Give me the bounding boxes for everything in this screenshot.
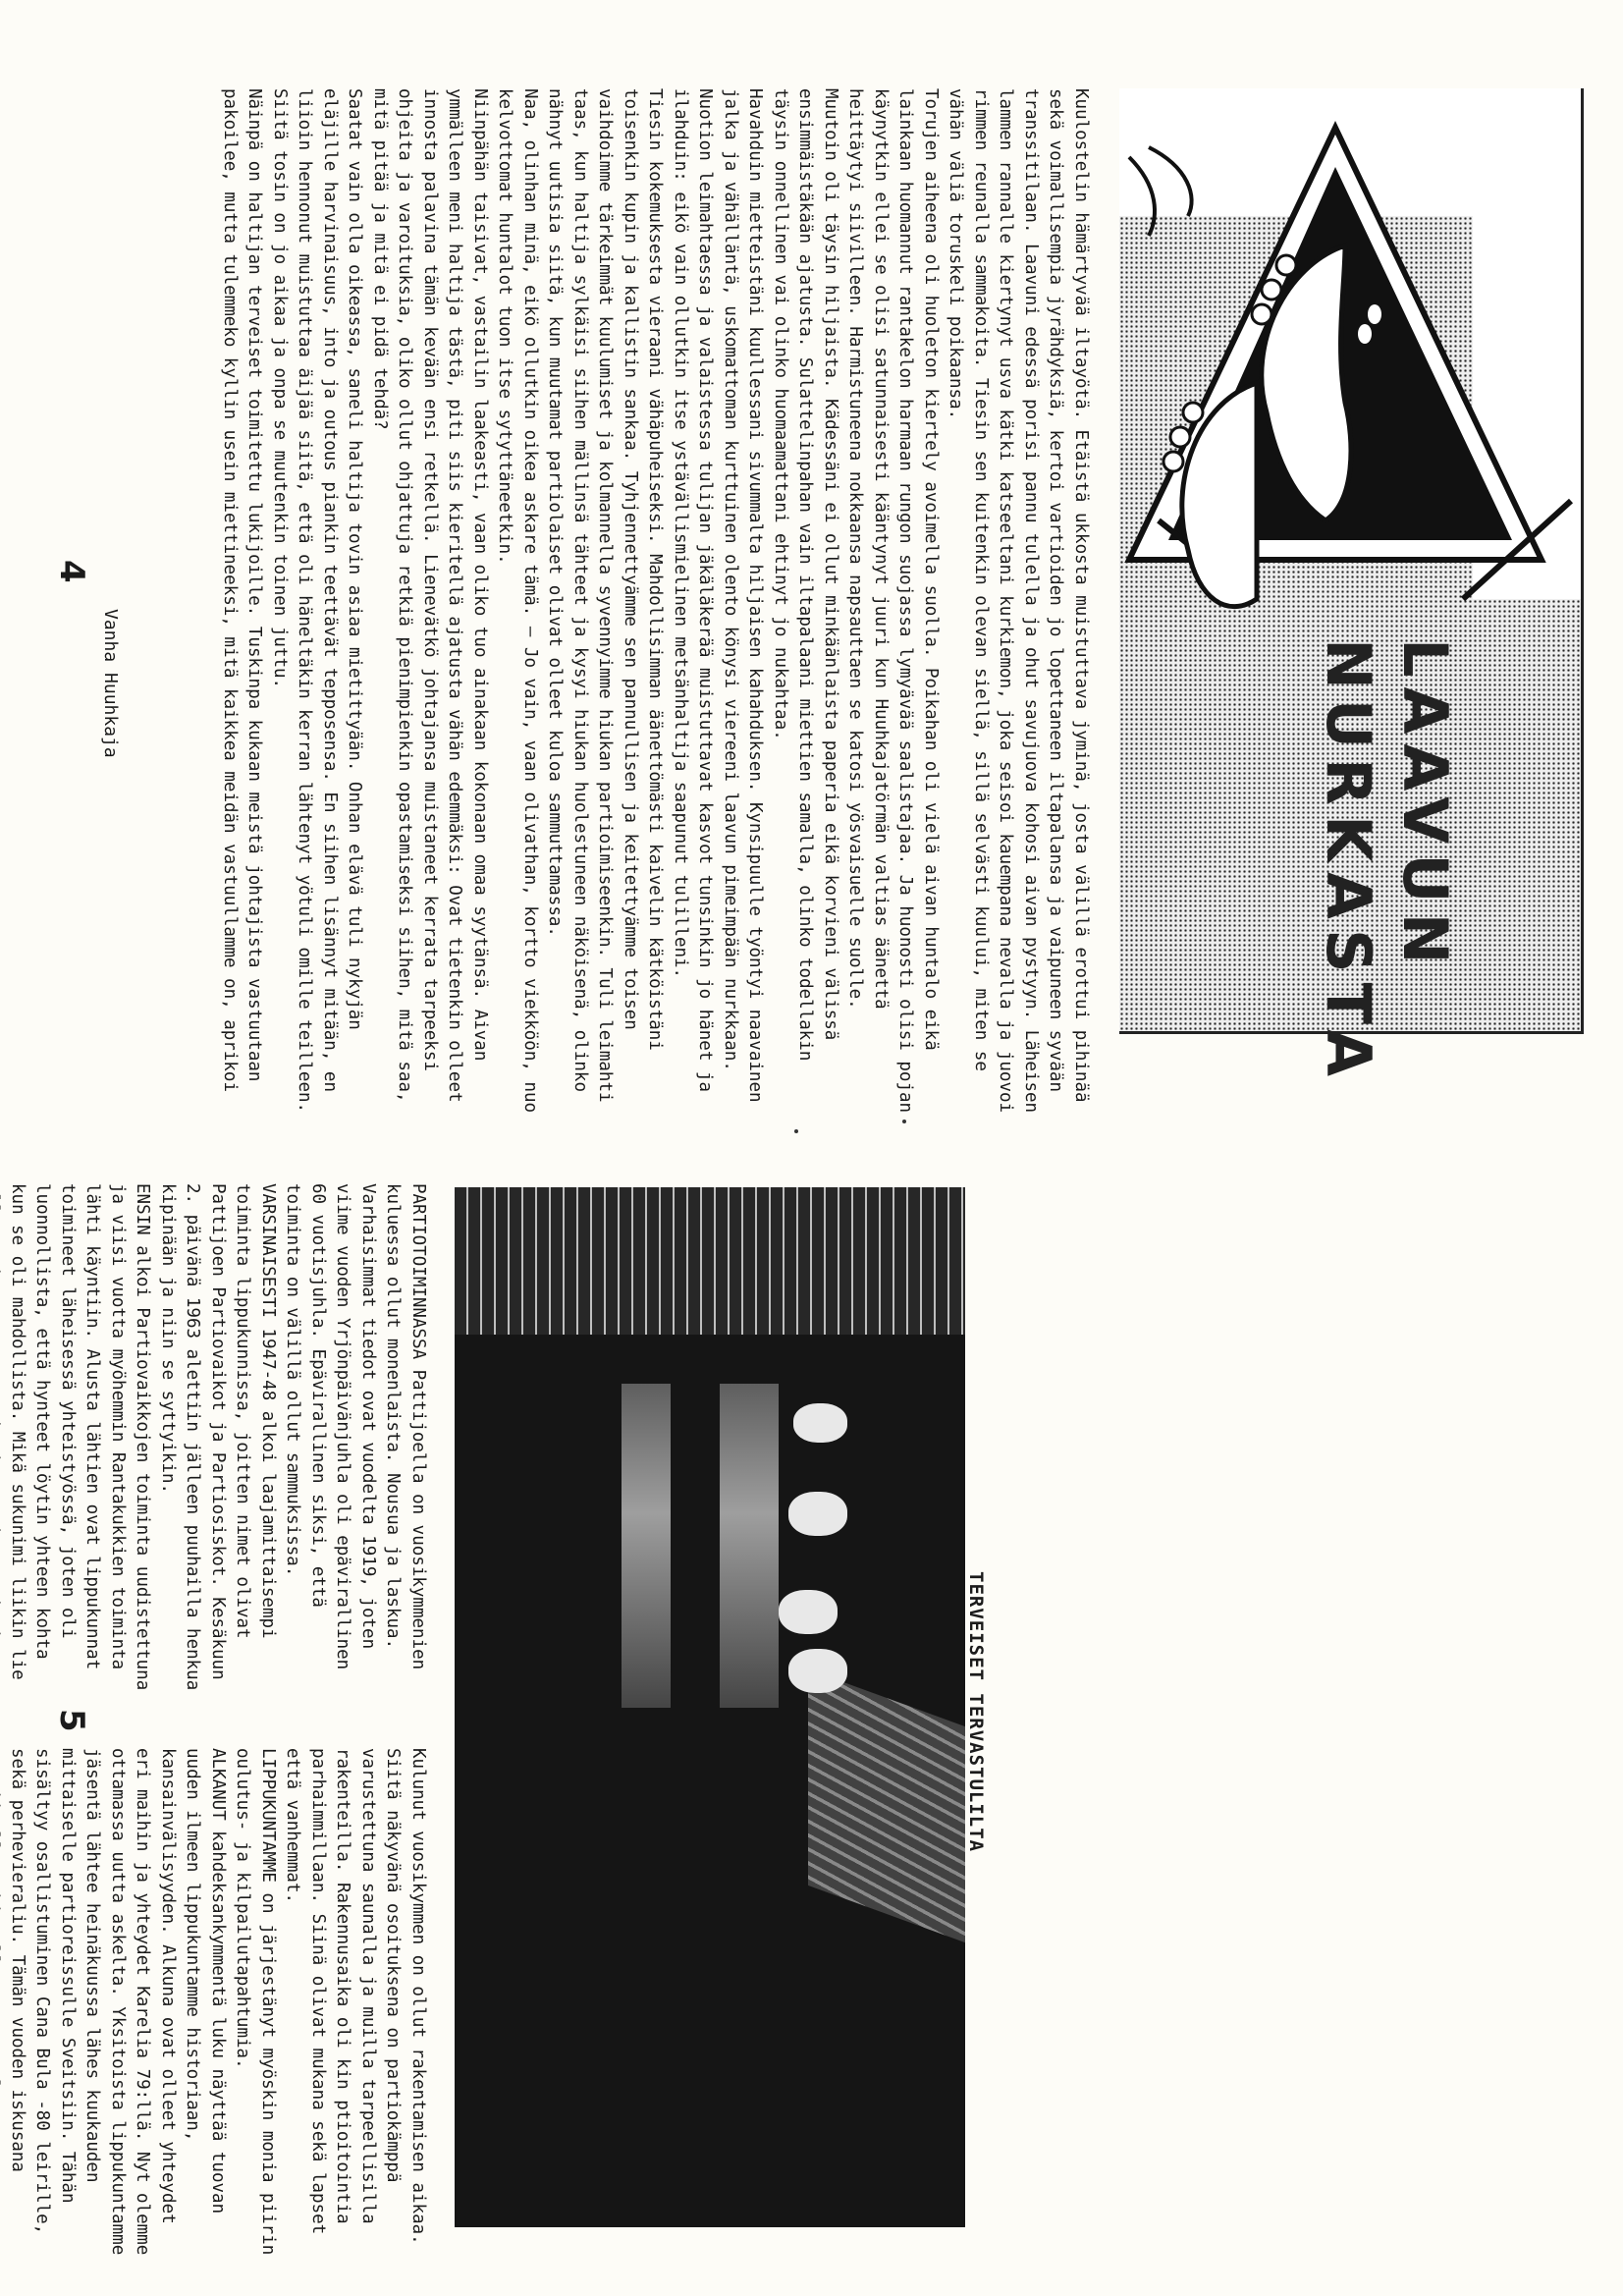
header-illustration: LAAVUN NURKASTA: [1119, 88, 1584, 1034]
paragraph: PARTIOTOIMINNASSA Pattijoella on vuosiky…: [280, 1183, 430, 1699]
left-page: LAAVUN NURKASTA Kuulostelin hämärtyvää i…: [0, 0, 1623, 1148]
author-signature: Vanha Huuhkaja: [100, 609, 121, 758]
photo-face: [788, 1649, 847, 1693]
page-number-left: 4: [52, 560, 91, 583]
paragraph: Näinpä on haltijan terveiset toimitettu …: [217, 88, 267, 1120]
article-title: LAAVUN NURKASTA: [1311, 638, 1463, 1031]
paragraph: Torujen aiheena oli huoleton kiertely av…: [842, 88, 943, 1120]
paragraph: Saatat vain olla oikeassa, saneli haltij…: [267, 88, 367, 1120]
magazine-spread-rotated: LAAVUN NURKASTA Kuulostelin hämärtyvää i…: [0, 0, 1623, 2296]
paragraph: VARSINAISESTI 1947-48 alkoi laajamittais…: [155, 1183, 281, 1699]
article-body-left: Kuulostelin hämärtyvää iltayötä. Etäistä…: [217, 88, 1094, 1120]
title-line-2: NURKASTA: [1311, 638, 1387, 1031]
photo-table: [720, 1384, 779, 1708]
paragraph: Kuulostelin hämärtyvää iltayötä. Etäistä…: [943, 88, 1093, 1120]
paragraph: Niinpähän taisivat, vastailin laakeasti,…: [367, 88, 493, 1120]
photo-planks: [808, 1669, 965, 1942]
paragraph: Muutoin oli täysin hiljaista. Kädessäni …: [768, 88, 843, 1120]
photo-roof-beams: [455, 1187, 965, 1335]
ink-speck: [902, 1120, 906, 1123]
paragraph: Havahduin mietteistäni kuullessani sivum…: [668, 88, 768, 1120]
title-line-1: LAAVUN: [1387, 638, 1464, 1031]
article-headline: TERVEISET TERVASTULILTA: [965, 1571, 987, 1852]
photo-face: [788, 1492, 847, 1536]
photo-face: [793, 1403, 847, 1443]
photo-face: [779, 1590, 838, 1634]
paragraph: Tiesin kokemuksesta vieraani vähäpuheise…: [542, 88, 668, 1120]
paragraph: ENSIN alkoi Partiovaikkojen toiminta uud…: [0, 1183, 155, 1699]
paragraph: LIPPUKUNTAMME on järjestänyt myöskin mon…: [230, 1748, 280, 2264]
photo-table: [622, 1384, 671, 1708]
page-number-right: 5: [52, 1709, 91, 1732]
paragraph: ALKANUT kahdeksankymmentä luku näyttää t…: [0, 1748, 230, 2264]
ink-speck: [794, 1129, 798, 1133]
scouts-photo: [455, 1187, 965, 2227]
paragraph: Naa, olinhan minä, eikö ollutkin oikea a…: [492, 88, 542, 1120]
